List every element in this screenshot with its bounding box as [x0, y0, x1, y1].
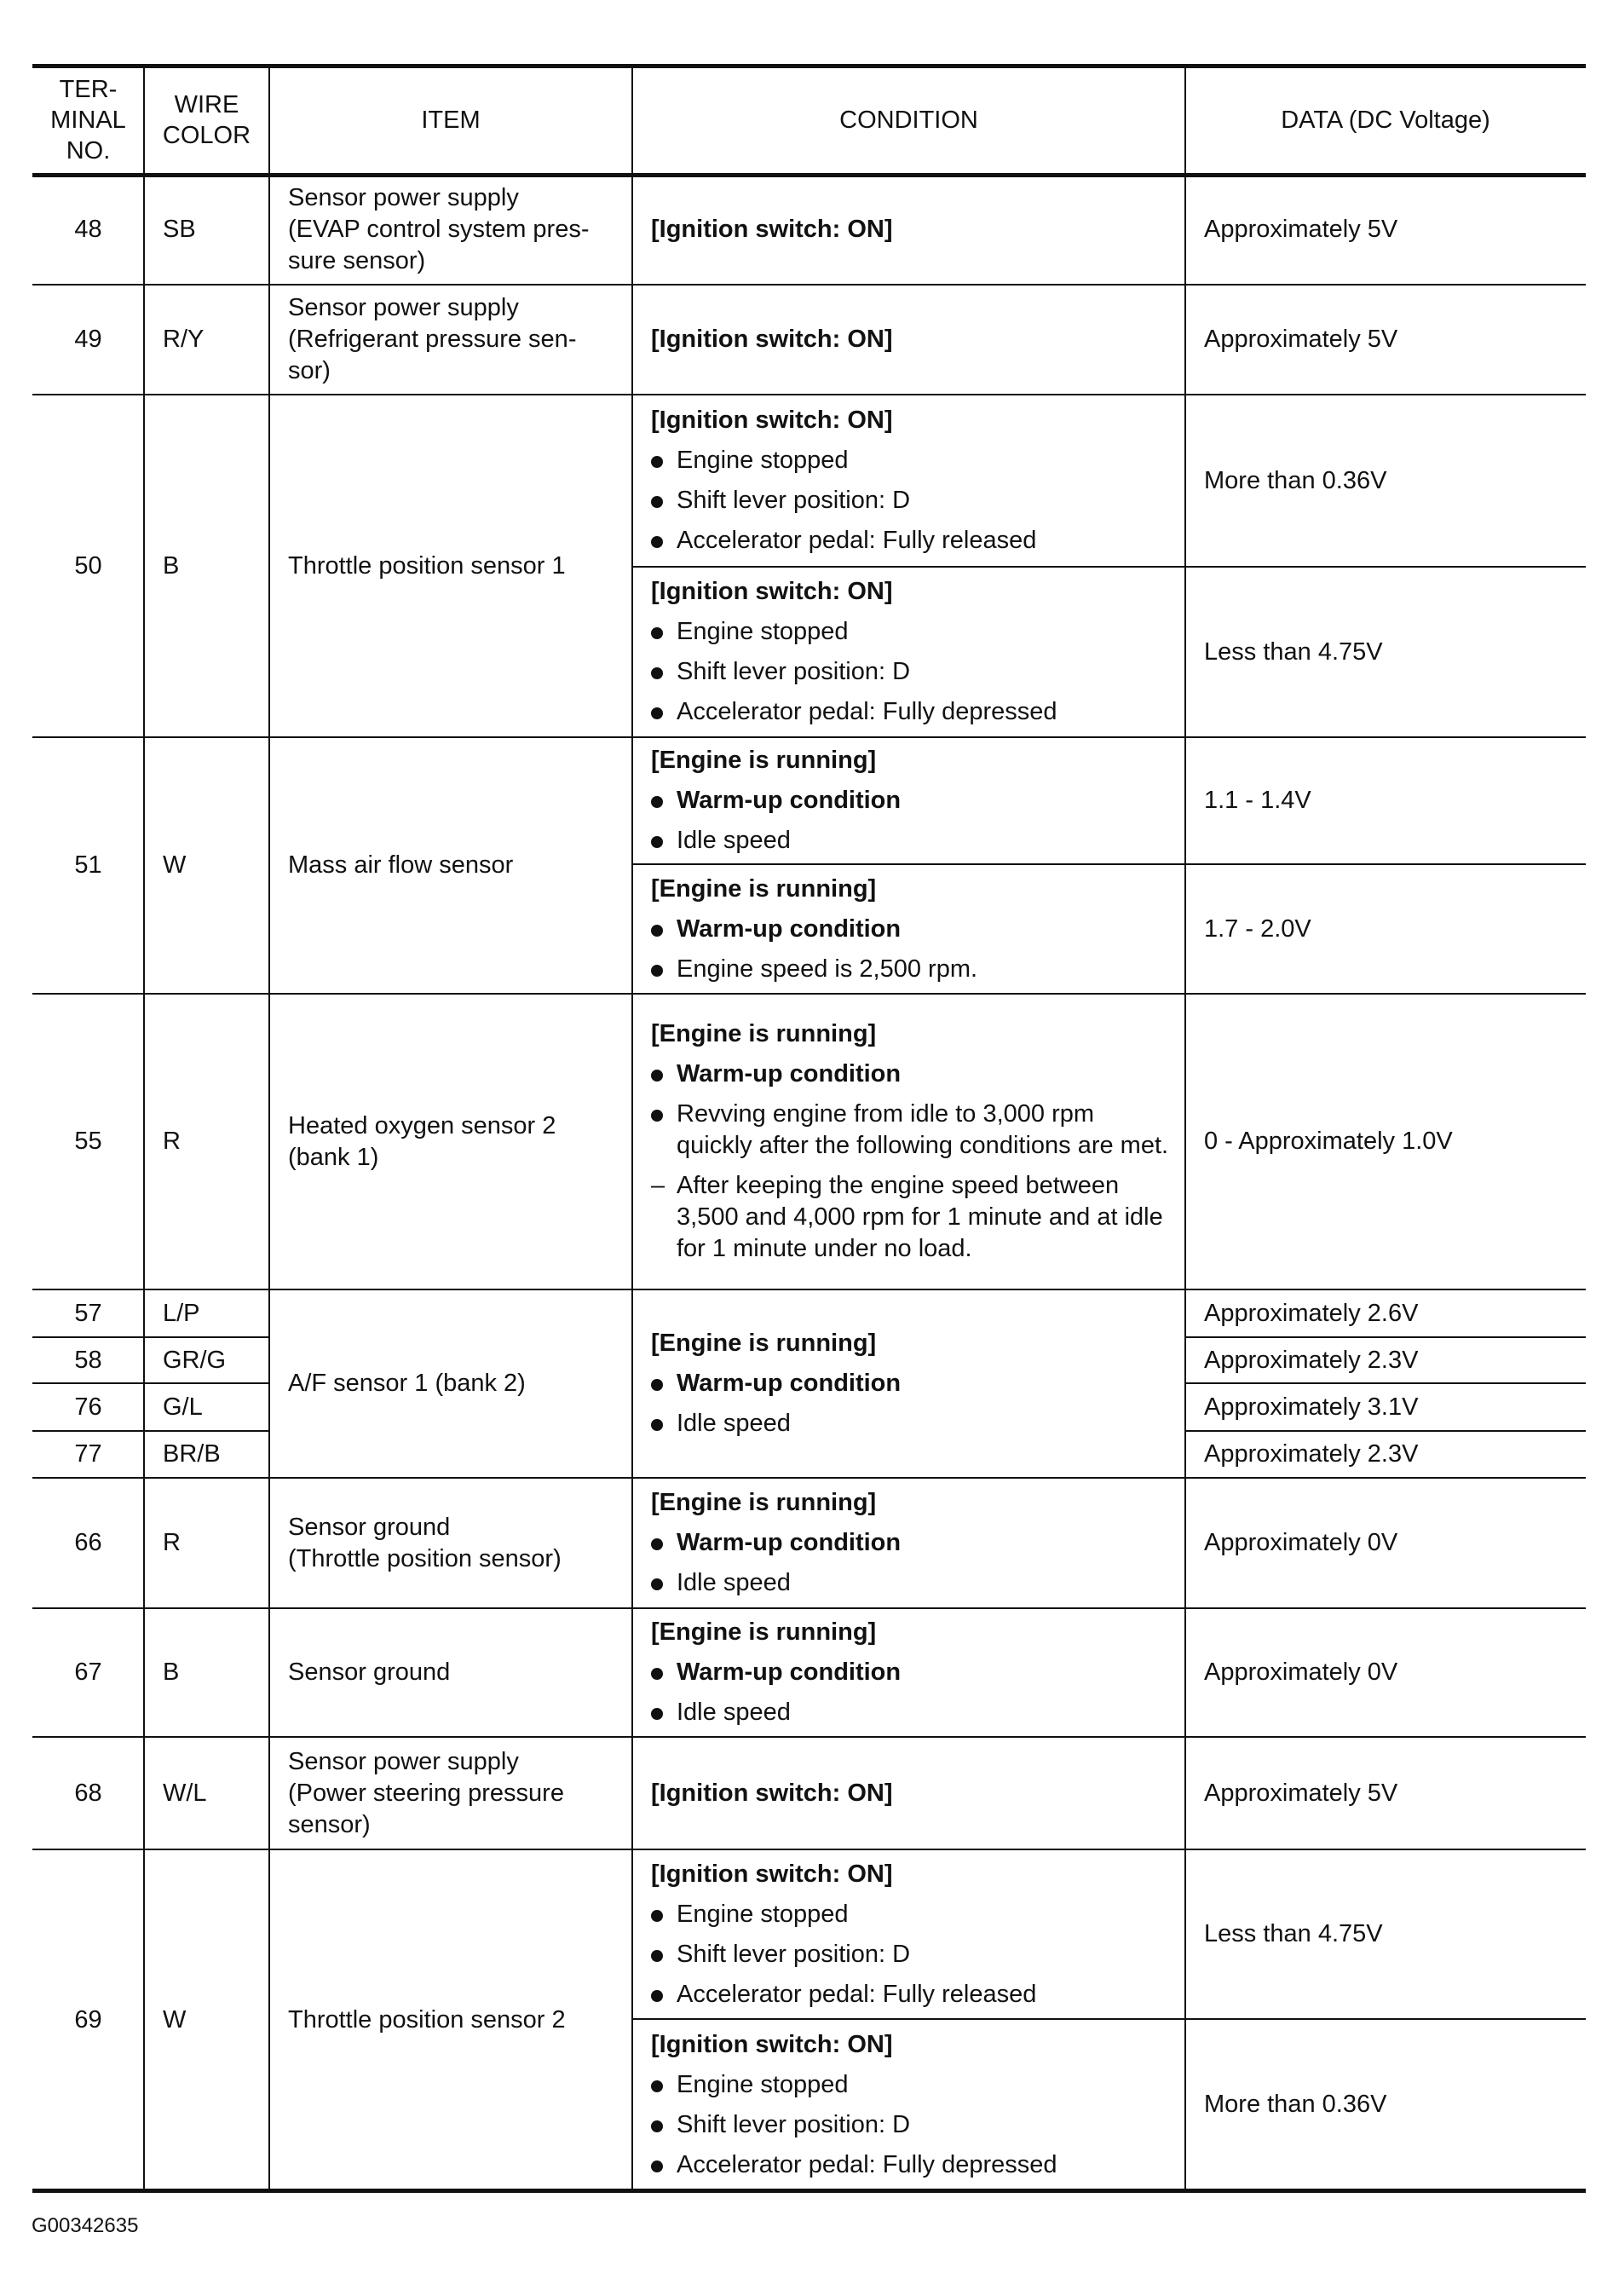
- figure-id: G00342635: [32, 2214, 138, 2238]
- bullet-dot-icon: [651, 627, 663, 639]
- bullet-icon: [651, 1567, 677, 1599]
- terminal-number-text: 58: [74, 1345, 101, 1376]
- condition-item-text: Warm-up condition: [677, 785, 901, 816]
- terminal-number: 66: [32, 1478, 144, 1608]
- condition-item-text: Accelerator pedal: Fully depressed: [677, 2149, 1057, 2181]
- data-value: Approximately 3.1V: [1185, 1383, 1586, 1431]
- bullet-dot-icon: [651, 667, 663, 679]
- data-value-text: Approximately 2.3V: [1204, 1345, 1418, 1376]
- item-text: Sensor power supply (Power steering pres…: [288, 1746, 564, 1841]
- data-value: Approximately 5V: [1185, 175, 1586, 285]
- header-wire-color: WIRE COLOR: [144, 66, 269, 175]
- bullet-icon: [651, 485, 677, 516]
- wire-color-text: R: [163, 1527, 181, 1559]
- data-value-text: Approximately 3.1V: [1204, 1392, 1418, 1423]
- condition-item: Revving engine from idle to 3,000 rpm qu…: [651, 1099, 1173, 1162]
- data-value: 1.1 - 1.4V: [1185, 737, 1586, 864]
- terminal-number-text: 69: [74, 2005, 101, 2036]
- bullet-icon: [651, 696, 677, 728]
- bullet-dot-icon: [651, 1910, 663, 1922]
- condition-item-text: Warm-up condition: [677, 1368, 901, 1399]
- bullet-dot-icon: [651, 2080, 663, 2092]
- bullet-icon: [651, 1408, 677, 1439]
- bullet-icon: [651, 616, 677, 648]
- terminal-number: 55: [32, 994, 144, 1289]
- condition-item: Engine stopped: [651, 2069, 849, 2101]
- condition-item-text: Shift lever position: D: [677, 1939, 910, 1970]
- condition-item: –After keeping the engine speed between …: [651, 1170, 1173, 1265]
- terminal-number: 57: [32, 1289, 144, 1337]
- condition-title: [Engine is running]: [651, 1487, 876, 1519]
- data-value-text: 1.1 - 1.4V: [1204, 785, 1311, 816]
- item-text: Sensor ground: [288, 1657, 450, 1688]
- header-data: DATA (DC Voltage): [1185, 66, 1586, 175]
- condition-item-text: Revving engine from idle to 3,000 rpm qu…: [677, 1099, 1173, 1162]
- bullet-icon: [651, 1099, 677, 1130]
- data-value-text: Approximately 2.3V: [1204, 1439, 1418, 1470]
- item-text: A/F sensor 1 (bank 2): [288, 1368, 526, 1399]
- bullet-dot-icon: [651, 1379, 663, 1391]
- condition-item: Engine stopped: [651, 445, 849, 476]
- condition-cell: [Ignition switch: ON]Engine stoppedShift…: [632, 2019, 1185, 2190]
- condition-title: [Ignition switch: ON]: [651, 1859, 893, 1890]
- bullet-dot-icon: [651, 2120, 663, 2132]
- bullet-icon: [651, 445, 677, 476]
- condition-item-text: Shift lever position: D: [677, 2109, 910, 2141]
- data-value-text: More than 0.36V: [1204, 2089, 1386, 2120]
- condition-title: [Engine is running]: [651, 1018, 876, 1050]
- condition-item: Warm-up condition: [651, 785, 901, 816]
- item-description: Sensor ground: [269, 1608, 632, 1737]
- bullet-dot-icon: [651, 836, 663, 848]
- bullet-dot-icon: [651, 536, 663, 548]
- condition-item-text: Idle speed: [677, 825, 791, 857]
- dash-icon: –: [651, 1170, 677, 1202]
- bullet-icon: [651, 1697, 677, 1728]
- bullet-icon: [651, 1527, 677, 1559]
- condition-item-text: Engine stopped: [677, 445, 849, 476]
- item-description: Throttle position sensor 1: [269, 395, 632, 737]
- terminal-number: 68: [32, 1737, 144, 1849]
- bullet-icon: [651, 2149, 677, 2181]
- item-description: Sensor ground (Throttle position sensor): [269, 1478, 632, 1608]
- condition-cell: [Engine is running]Warm-up conditionIdle…: [632, 737, 1185, 864]
- item-text: Sensor ground (Throttle position sensor): [288, 1512, 562, 1575]
- data-value-text: Approximately 2.6V: [1204, 1298, 1418, 1330]
- condition-title: [Ignition switch: ON]: [651, 405, 893, 436]
- condition-item: Idle speed: [651, 1408, 791, 1439]
- condition-item: Accelerator pedal: Fully released: [651, 525, 1036, 557]
- item-text: Throttle position sensor 1: [288, 551, 566, 582]
- wire-color: B: [144, 1608, 269, 1737]
- bullet-icon: [651, 825, 677, 857]
- terminal-number-text: 51: [74, 850, 101, 881]
- condition-title: [Engine is running]: [651, 874, 876, 905]
- wire-color-text: BR/B: [163, 1439, 221, 1470]
- wire-color: B: [144, 395, 269, 737]
- item-description: Sensor power supply (Refrigerant pressur…: [269, 285, 632, 395]
- condition-item: Warm-up condition: [651, 914, 901, 945]
- terminal-number-text: 49: [74, 324, 101, 355]
- bullet-dot-icon: [651, 965, 663, 977]
- bullet-dot-icon: [651, 925, 663, 937]
- bullet-icon: [651, 1939, 677, 1970]
- bullet-dot-icon: [651, 1708, 663, 1720]
- condition-item-text: Warm-up condition: [677, 914, 901, 945]
- terminal-number-text: 57: [74, 1298, 101, 1330]
- condition-cell: [Ignition switch: ON]Engine stoppedShift…: [632, 395, 1185, 567]
- data-value: Approximately 2.3V: [1185, 1431, 1586, 1478]
- bullet-dot-icon: [651, 1070, 663, 1082]
- condition-item: Shift lever position: D: [651, 2109, 910, 2141]
- data-value: Approximately 5V: [1185, 1737, 1586, 1849]
- data-value-text: Approximately 0V: [1204, 1527, 1397, 1559]
- data-value: Less than 4.75V: [1185, 1849, 1586, 2019]
- wire-color-text: W: [163, 2005, 186, 2036]
- data-value: More than 0.36V: [1185, 2019, 1586, 2190]
- bullet-dot-icon: [651, 796, 663, 808]
- data-value-text: Less than 4.75V: [1204, 637, 1383, 668]
- condition-item-text: Engine stopped: [677, 1899, 849, 1930]
- bullet-dot-icon: [651, 456, 663, 468]
- item-text: Sensor power supply (EVAP control system…: [288, 182, 589, 277]
- condition-item-text: Warm-up condition: [677, 1657, 901, 1688]
- header-condition: CONDITION: [632, 66, 1185, 175]
- header-item: ITEM: [269, 66, 632, 175]
- condition-item-text: Idle speed: [677, 1697, 791, 1728]
- wire-color: R: [144, 994, 269, 1289]
- data-value: Approximately 0V: [1185, 1478, 1586, 1608]
- item-description: A/F sensor 1 (bank 2): [269, 1289, 632, 1478]
- terminal-number-text: 50: [74, 551, 101, 582]
- item-description: Mass air flow sensor: [269, 737, 632, 994]
- data-value-text: 0 - Approximately 1.0V: [1204, 1126, 1453, 1157]
- bullet-icon: [651, 914, 677, 945]
- data-value: Approximately 2.6V: [1185, 1289, 1586, 1337]
- condition-item: Engine stopped: [651, 1899, 849, 1930]
- terminal-number-text: 48: [74, 214, 101, 245]
- condition-item-text: Idle speed: [677, 1408, 791, 1439]
- condition-item: Warm-up condition: [651, 1527, 901, 1559]
- wire-color: W: [144, 737, 269, 994]
- condition-cell: [Engine is running]Warm-up conditionEngi…: [632, 864, 1185, 994]
- wire-color-text: L/P: [163, 1298, 200, 1330]
- condition-item: Accelerator pedal: Fully depressed: [651, 696, 1057, 728]
- condition-item-text: Engine speed is 2,500 rpm.: [677, 954, 977, 985]
- data-value: More than 0.36V: [1185, 395, 1586, 567]
- wire-color-text: GR/G: [163, 1345, 226, 1376]
- header-data-label: DATA (DC Voltage): [1281, 105, 1490, 136]
- data-value: 1.7 - 2.0V: [1185, 864, 1586, 994]
- condition-item-text: Engine stopped: [677, 616, 849, 648]
- data-value: Approximately 2.3V: [1185, 1337, 1586, 1383]
- terminal-number: 50: [32, 395, 144, 737]
- condition-cell: [Ignition switch: ON]: [632, 1737, 1185, 1849]
- condition-item: Idle speed: [651, 1697, 791, 1728]
- condition-cell: [Engine is running]Warm-up conditionIdle…: [632, 1289, 1185, 1478]
- condition-item-text: Idle speed: [677, 1567, 791, 1599]
- condition-title: [Engine is running]: [651, 745, 876, 776]
- condition-item: Engine stopped: [651, 616, 849, 648]
- bullet-icon: [651, 525, 677, 557]
- bullet-dot-icon: [651, 496, 663, 508]
- terminal-number-text: 66: [74, 1527, 101, 1559]
- condition-cell: [Engine is running]Warm-up conditionIdle…: [632, 1478, 1185, 1608]
- condition-item: Shift lever position: D: [651, 656, 910, 688]
- condition-title: [Ignition switch: ON]: [651, 1778, 893, 1809]
- data-value-text: Approximately 5V: [1204, 214, 1397, 245]
- wire-color-text: W/L: [163, 1778, 207, 1809]
- condition-cell: [Ignition switch: ON]Engine stoppedShift…: [632, 567, 1185, 737]
- condition-item: Accelerator pedal: Fully released: [651, 1979, 1036, 2010]
- condition-item: Engine speed is 2,500 rpm.: [651, 954, 977, 985]
- condition-item-text: Accelerator pedal: Fully released: [677, 1979, 1036, 2010]
- condition-item: Accelerator pedal: Fully depressed: [651, 2149, 1057, 2181]
- terminal-number: 58: [32, 1337, 144, 1383]
- wire-color-text: W: [163, 850, 186, 881]
- data-value-text: Approximately 5V: [1204, 324, 1397, 355]
- condition-title: [Ignition switch: ON]: [651, 214, 893, 245]
- condition-cell: [Ignition switch: ON]Engine stoppedShift…: [632, 1849, 1185, 2019]
- bullet-icon: [651, 1899, 677, 1930]
- wire-color-text: R/Y: [163, 324, 204, 355]
- bullet-icon: [651, 1368, 677, 1399]
- wire-color-text: B: [163, 1657, 179, 1688]
- condition-title: [Engine is running]: [651, 1328, 876, 1359]
- condition-title: [Ignition switch: ON]: [651, 2029, 893, 2061]
- terminal-number: 69: [32, 1849, 144, 2190]
- data-value: 0 - Approximately 1.0V: [1185, 994, 1586, 1289]
- condition-item-text: Warm-up condition: [677, 1059, 901, 1090]
- bullet-icon: [651, 2109, 677, 2141]
- bullet-icon: [651, 656, 677, 688]
- condition-item: Warm-up condition: [651, 1657, 901, 1688]
- header-wire-color-label: WIRE COLOR: [163, 89, 251, 151]
- terminal-number: 77: [32, 1431, 144, 1478]
- bullet-dot-icon: [651, 1950, 663, 1962]
- terminal-number-text: 67: [74, 1657, 101, 1688]
- condition-cell: [Engine is running]Warm-up conditionIdle…: [632, 1608, 1185, 1737]
- condition-item: Shift lever position: D: [651, 485, 910, 516]
- item-description: Sensor power supply (EVAP control system…: [269, 175, 632, 285]
- terminal-number: 49: [32, 285, 144, 395]
- bullet-dot-icon: [651, 1578, 663, 1590]
- item-description: Heated oxygen sensor 2 (bank 1): [269, 994, 632, 1289]
- wire-color: BR/B: [144, 1431, 269, 1478]
- wire-color: GR/G: [144, 1337, 269, 1383]
- condition-item: Idle speed: [651, 1567, 791, 1599]
- bullet-dot-icon: [651, 1419, 663, 1431]
- condition-item-text: Accelerator pedal: Fully released: [677, 525, 1036, 557]
- bullet-dot-icon: [651, 707, 663, 719]
- bullet-icon: [651, 1657, 677, 1688]
- wire-color: G/L: [144, 1383, 269, 1431]
- bullet-dot-icon: [651, 1110, 663, 1122]
- wire-color-text: SB: [163, 214, 196, 245]
- terminal-number-text: 76: [74, 1392, 101, 1423]
- wire-color-text: R: [163, 1126, 181, 1157]
- condition-title: [Ignition switch: ON]: [651, 324, 893, 355]
- terminal-data-table: TER- MINAL NO.WIRE COLORITEMCONDITIONDAT…: [0, 0, 1619, 2296]
- header-item-label: ITEM: [421, 105, 480, 136]
- wire-color-text: B: [163, 551, 179, 582]
- bullet-dot-icon: [651, 1538, 663, 1550]
- wire-color-text: G/L: [163, 1392, 203, 1423]
- condition-cell: [Ignition switch: ON]: [632, 175, 1185, 285]
- bullet-icon: [651, 1979, 677, 2010]
- bullet-dot-icon: [651, 1990, 663, 2002]
- terminal-number-text: 55: [74, 1126, 101, 1157]
- condition-item-text: Warm-up condition: [677, 1527, 901, 1559]
- condition-item-text: Shift lever position: D: [677, 485, 910, 516]
- bullet-dot-icon: [651, 2160, 663, 2172]
- condition-cell: [Engine is running]Warm-up conditionRevv…: [632, 994, 1185, 1289]
- header-terminal-no-label: TER- MINAL NO.: [50, 74, 126, 166]
- bullet-dot-icon: [651, 1668, 663, 1680]
- item-description: Throttle position sensor 2: [269, 1849, 632, 2190]
- item-text: Throttle position sensor 2: [288, 2005, 566, 2036]
- terminal-number: 76: [32, 1383, 144, 1431]
- bullet-icon: [651, 2069, 677, 2101]
- data-value-text: Approximately 0V: [1204, 1657, 1397, 1688]
- wire-color: R: [144, 1478, 269, 1608]
- bullet-icon: [651, 1059, 677, 1090]
- condition-item-text: Accelerator pedal: Fully depressed: [677, 696, 1057, 728]
- wire-color: SB: [144, 175, 269, 285]
- bullet-icon: [651, 785, 677, 816]
- condition-item-text: Engine stopped: [677, 2069, 849, 2101]
- condition-item: Warm-up condition: [651, 1368, 901, 1399]
- terminal-number: 67: [32, 1608, 144, 1737]
- data-value: Approximately 5V: [1185, 285, 1586, 395]
- header-terminal-no: TER- MINAL NO.: [32, 66, 144, 175]
- header-condition-label: CONDITION: [839, 105, 978, 136]
- item-text: Heated oxygen sensor 2 (bank 1): [288, 1111, 556, 1174]
- condition-item: Idle speed: [651, 825, 791, 857]
- condition-item-text: Shift lever position: D: [677, 656, 910, 688]
- item-description: Sensor power supply (Power steering pres…: [269, 1737, 632, 1849]
- terminal-number: 48: [32, 175, 144, 285]
- data-value-text: 1.7 - 2.0V: [1204, 914, 1311, 945]
- data-value-text: More than 0.36V: [1204, 465, 1386, 497]
- condition-title: [Engine is running]: [651, 1617, 876, 1648]
- data-value: Approximately 0V: [1185, 1608, 1586, 1737]
- data-value-text: Less than 4.75V: [1204, 1918, 1383, 1950]
- terminal-number-text: 77: [74, 1439, 101, 1470]
- condition-cell: [Ignition switch: ON]: [632, 285, 1185, 395]
- condition-title: [Ignition switch: ON]: [651, 576, 893, 608]
- wire-color: L/P: [144, 1289, 269, 1337]
- wire-color: W/L: [144, 1737, 269, 1849]
- condition-item-text: After keeping the engine speed between 3…: [677, 1170, 1173, 1265]
- condition-item: Warm-up condition: [651, 1059, 901, 1090]
- terminal-number-text: 68: [74, 1778, 101, 1809]
- data-value-text: Approximately 5V: [1204, 1778, 1397, 1809]
- item-text: Sensor power supply (Refrigerant pressur…: [288, 292, 576, 387]
- terminal-number: 51: [32, 737, 144, 994]
- wire-color: W: [144, 1849, 269, 2190]
- condition-item: Shift lever position: D: [651, 1939, 910, 1970]
- wire-color: R/Y: [144, 285, 269, 395]
- item-text: Mass air flow sensor: [288, 850, 513, 881]
- data-value: Less than 4.75V: [1185, 567, 1586, 737]
- bullet-icon: [651, 954, 677, 985]
